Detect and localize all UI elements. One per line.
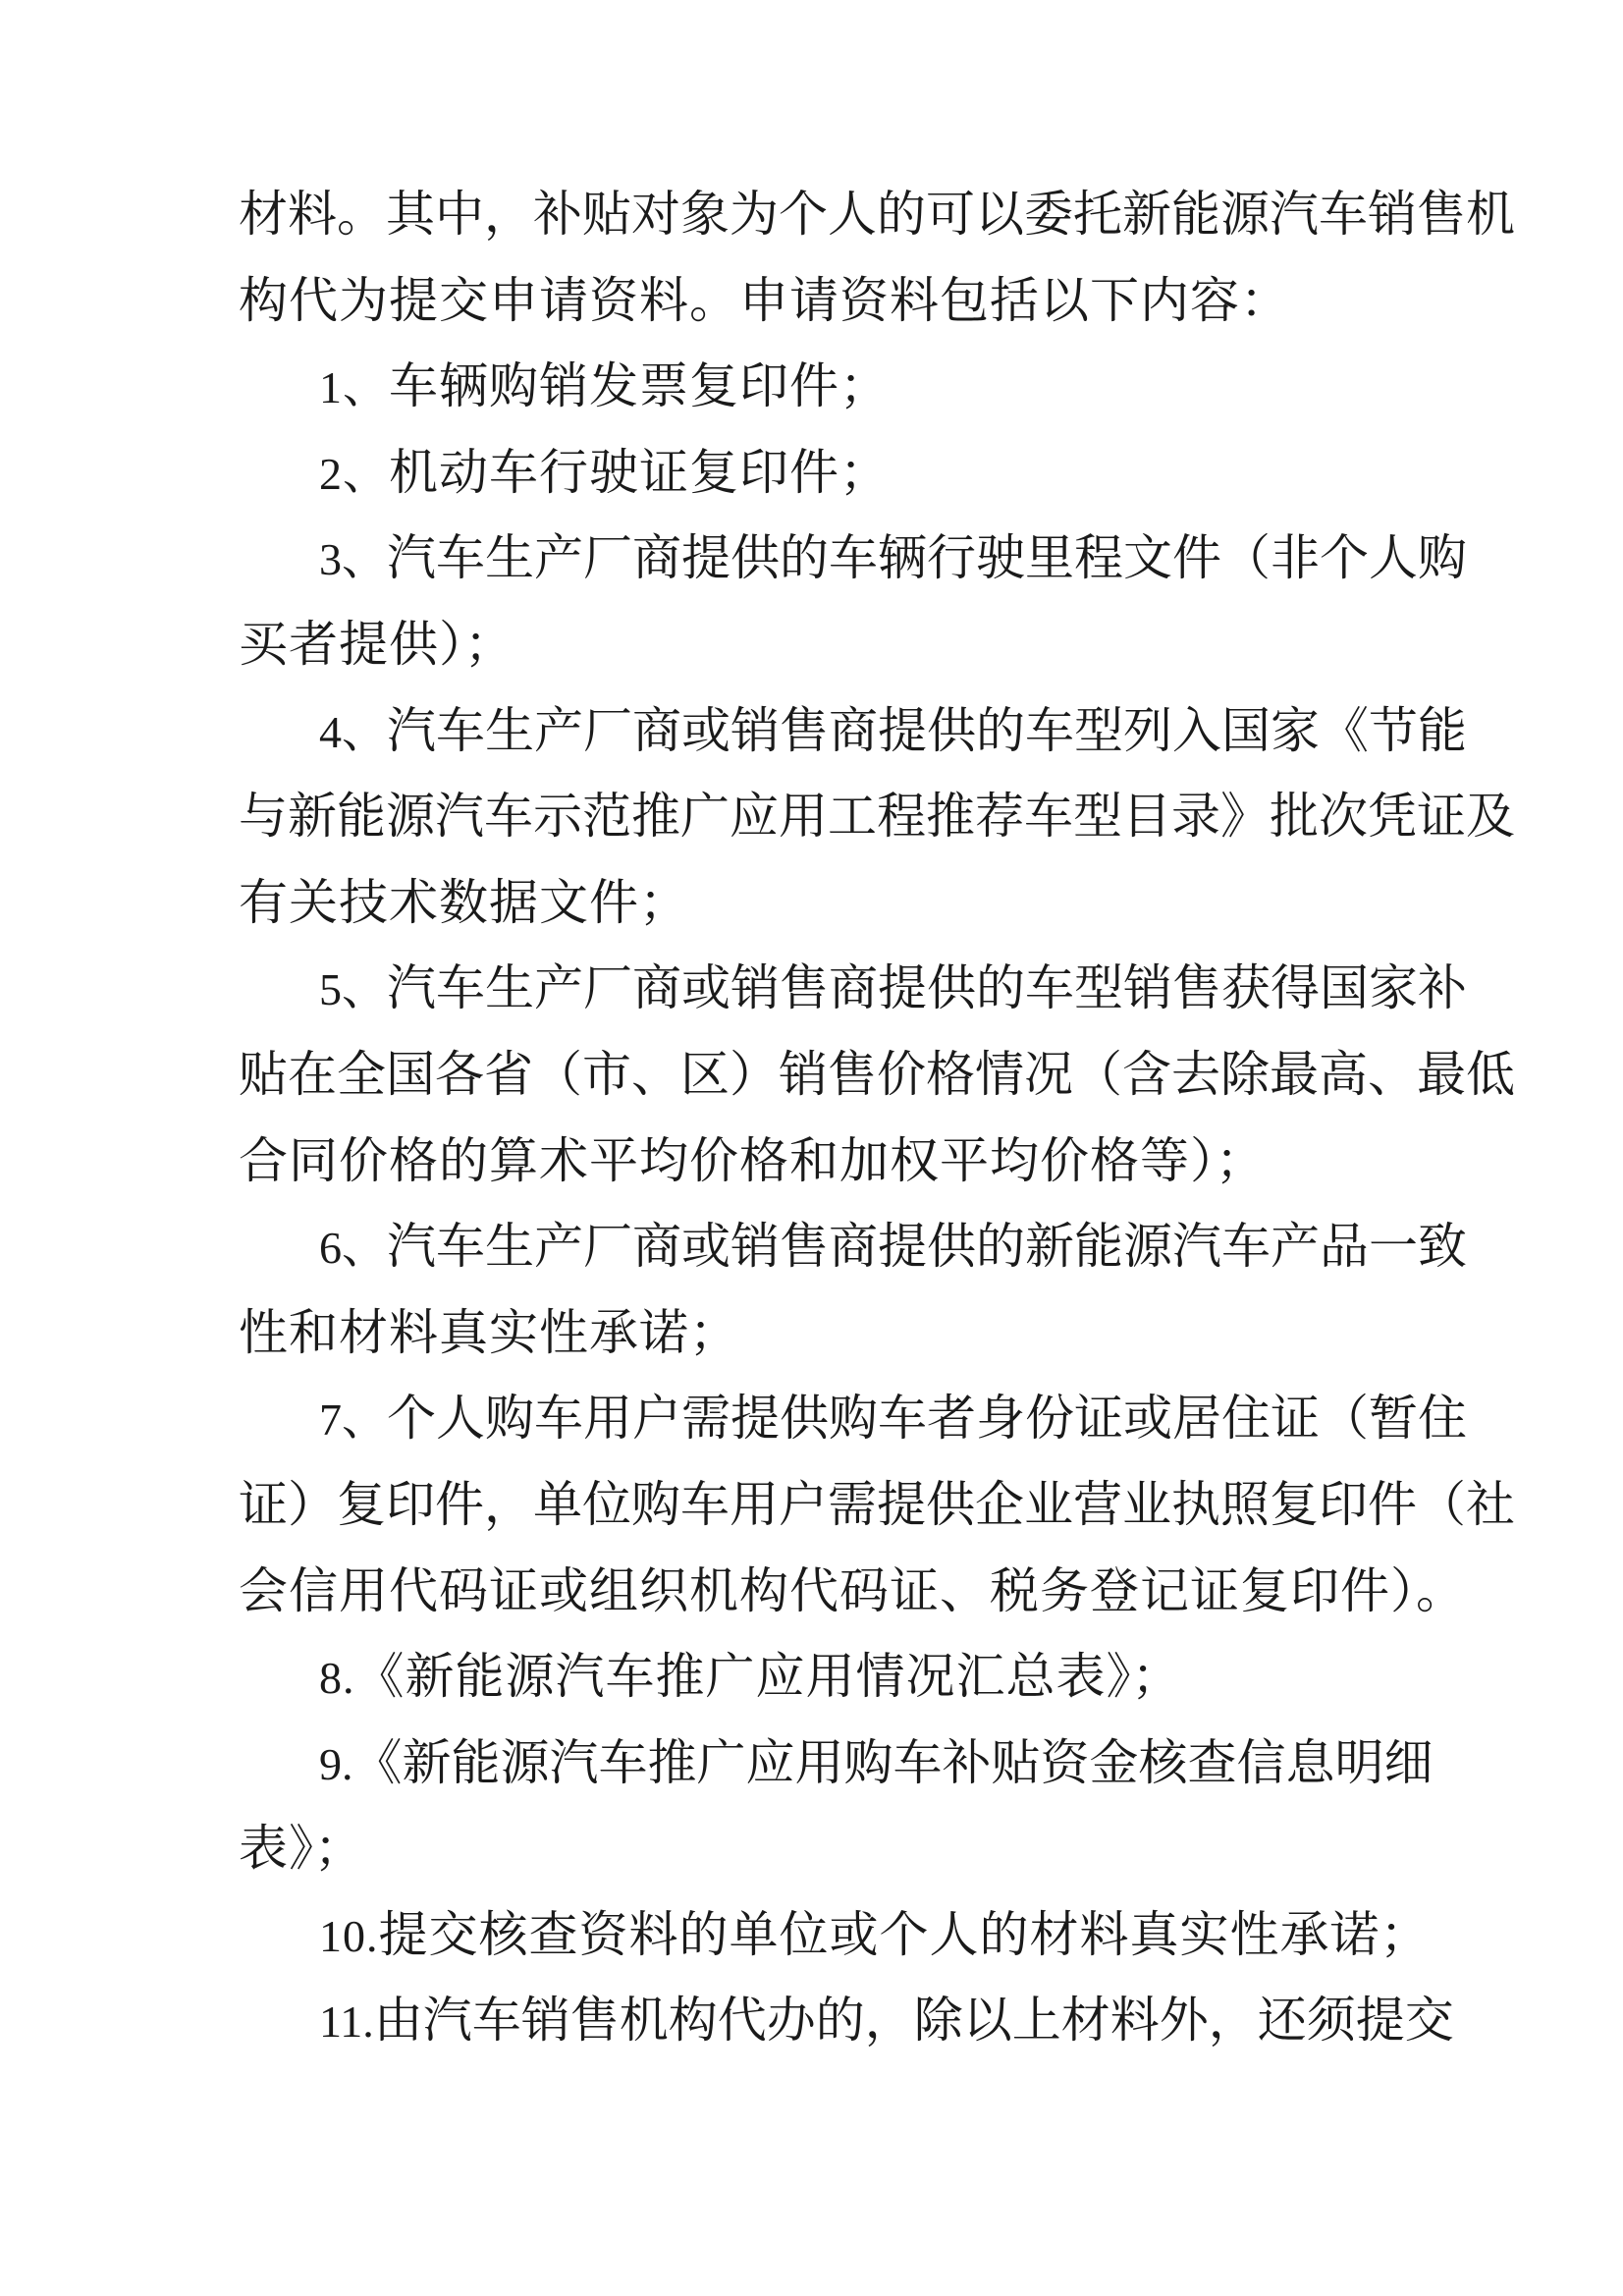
list-item-6: 6、汽车生产厂商或销售商提供的新能源汽车产品一致 <box>239 1211 1389 1297</box>
list-item-4-cont-2: 有关技术数据文件； <box>239 867 1389 954</box>
item-number: 9. <box>319 1739 353 1789</box>
list-item-11: 11.由汽车销售机构代办的，除以上材料外，还须提交 <box>239 1985 1389 2071</box>
list-item-1: 1、车辆购销发票复印件； <box>239 351 1389 437</box>
document-page: 材料。其中，补贴对象为个人的可以委托新能源汽车销售机 构代为提交申请资料。申请资… <box>0 0 1623 2296</box>
list-item-4-cont-1: 与新能源汽车示范推广应用工程推荐车型目录》批次凭证及 <box>239 781 1389 867</box>
item-number: 5、 <box>319 964 387 1014</box>
item-number: 4、 <box>319 707 387 757</box>
item-text: 《新能源汽车推广应用购车补贴资金核查信息明细 <box>353 1734 1434 1791</box>
item-text: 汽车生产厂商或销售商提供的新能源汽车产品一致 <box>387 1218 1467 1275</box>
list-item-8: 8.《新能源汽车推广应用情况汇总表》； <box>239 1641 1389 1727</box>
list-item-9: 9.《新能源汽车推广应用购车补贴资金核查信息明细 <box>239 1727 1389 1814</box>
list-item-5-cont-1: 贴在全国各省（市、区）销售价格情况（含去除最高、最低 <box>239 1039 1389 1125</box>
item-number: 6、 <box>319 1223 387 1273</box>
item-number: 10. <box>319 1911 379 1961</box>
item-text: 汽车生产厂商或销售商提供的车型列入国家《节能 <box>387 702 1467 759</box>
item-text: 《新能源汽车推广应用情况汇总表》； <box>355 1648 1182 1705</box>
paragraph-intro-line-1: 材料。其中，补贴对象为个人的可以委托新能源汽车销售机 <box>239 179 1389 265</box>
document-body: 材料。其中，补贴对象为个人的可以委托新能源汽车销售机 构代为提交申请资料。申请资… <box>239 179 1389 2071</box>
item-number: 8. <box>319 1653 355 1703</box>
item-text: 提交核查资料的单位或个人的材料真实性承诺； <box>379 1906 1431 1963</box>
list-item-5: 5、汽车生产厂商或销售商提供的车型销售获得国家补 <box>239 953 1389 1039</box>
list-item-9-cont: 表》； <box>239 1813 1389 1899</box>
list-item-7-cont-1: 证）复印件，单位购车用户需提供企业营业执照复印件（社 <box>239 1469 1389 1556</box>
item-text: 机动车行驶证复印件； <box>389 444 890 501</box>
item-text: 个人购车用户需提供购车者身份证或居住证（暂住 <box>387 1390 1467 1447</box>
list-item-10: 10.提交核查资料的单位或个人的材料真实性承诺； <box>239 1899 1389 1986</box>
list-item-3-cont: 买者提供）； <box>239 609 1389 695</box>
item-number: 1、 <box>319 362 389 412</box>
item-number: 3、 <box>319 534 387 584</box>
item-number: 2、 <box>319 449 389 499</box>
item-text: 汽车生产厂商或销售商提供的车型销售获得国家补 <box>387 959 1467 1016</box>
list-item-6-cont: 性和材料真实性承诺； <box>239 1297 1389 1384</box>
list-item-5-cont-2: 合同价格的算术平均价格和加权平均价格等）； <box>239 1125 1389 1212</box>
list-item-3: 3、汽车生产厂商提供的车辆行驶里程文件（非个人购 <box>239 522 1389 609</box>
paragraph-intro-line-2: 构代为提交申请资料。申请资料包括以下内容： <box>239 265 1389 352</box>
item-number: 7、 <box>319 1394 387 1445</box>
item-number: 11. <box>319 1996 374 2047</box>
list-item-7: 7、个人购车用户需提供购车者身份证或居住证（暂住 <box>239 1383 1389 1469</box>
list-item-7-cont-2: 会信用代码证或组织机构代码证、税务登记证复印件）。 <box>239 1556 1389 1642</box>
list-item-4: 4、汽车生产厂商或销售商提供的车型列入国家《节能 <box>239 695 1389 782</box>
list-item-2: 2、机动车行驶证复印件； <box>239 437 1389 523</box>
item-text: 由汽车销售机构代办的，除以上材料外，还须提交 <box>374 1992 1454 2049</box>
item-text: 汽车生产厂商提供的车辆行驶里程文件（非个人购 <box>387 529 1467 586</box>
item-text: 车辆购销发票复印件； <box>389 357 890 414</box>
